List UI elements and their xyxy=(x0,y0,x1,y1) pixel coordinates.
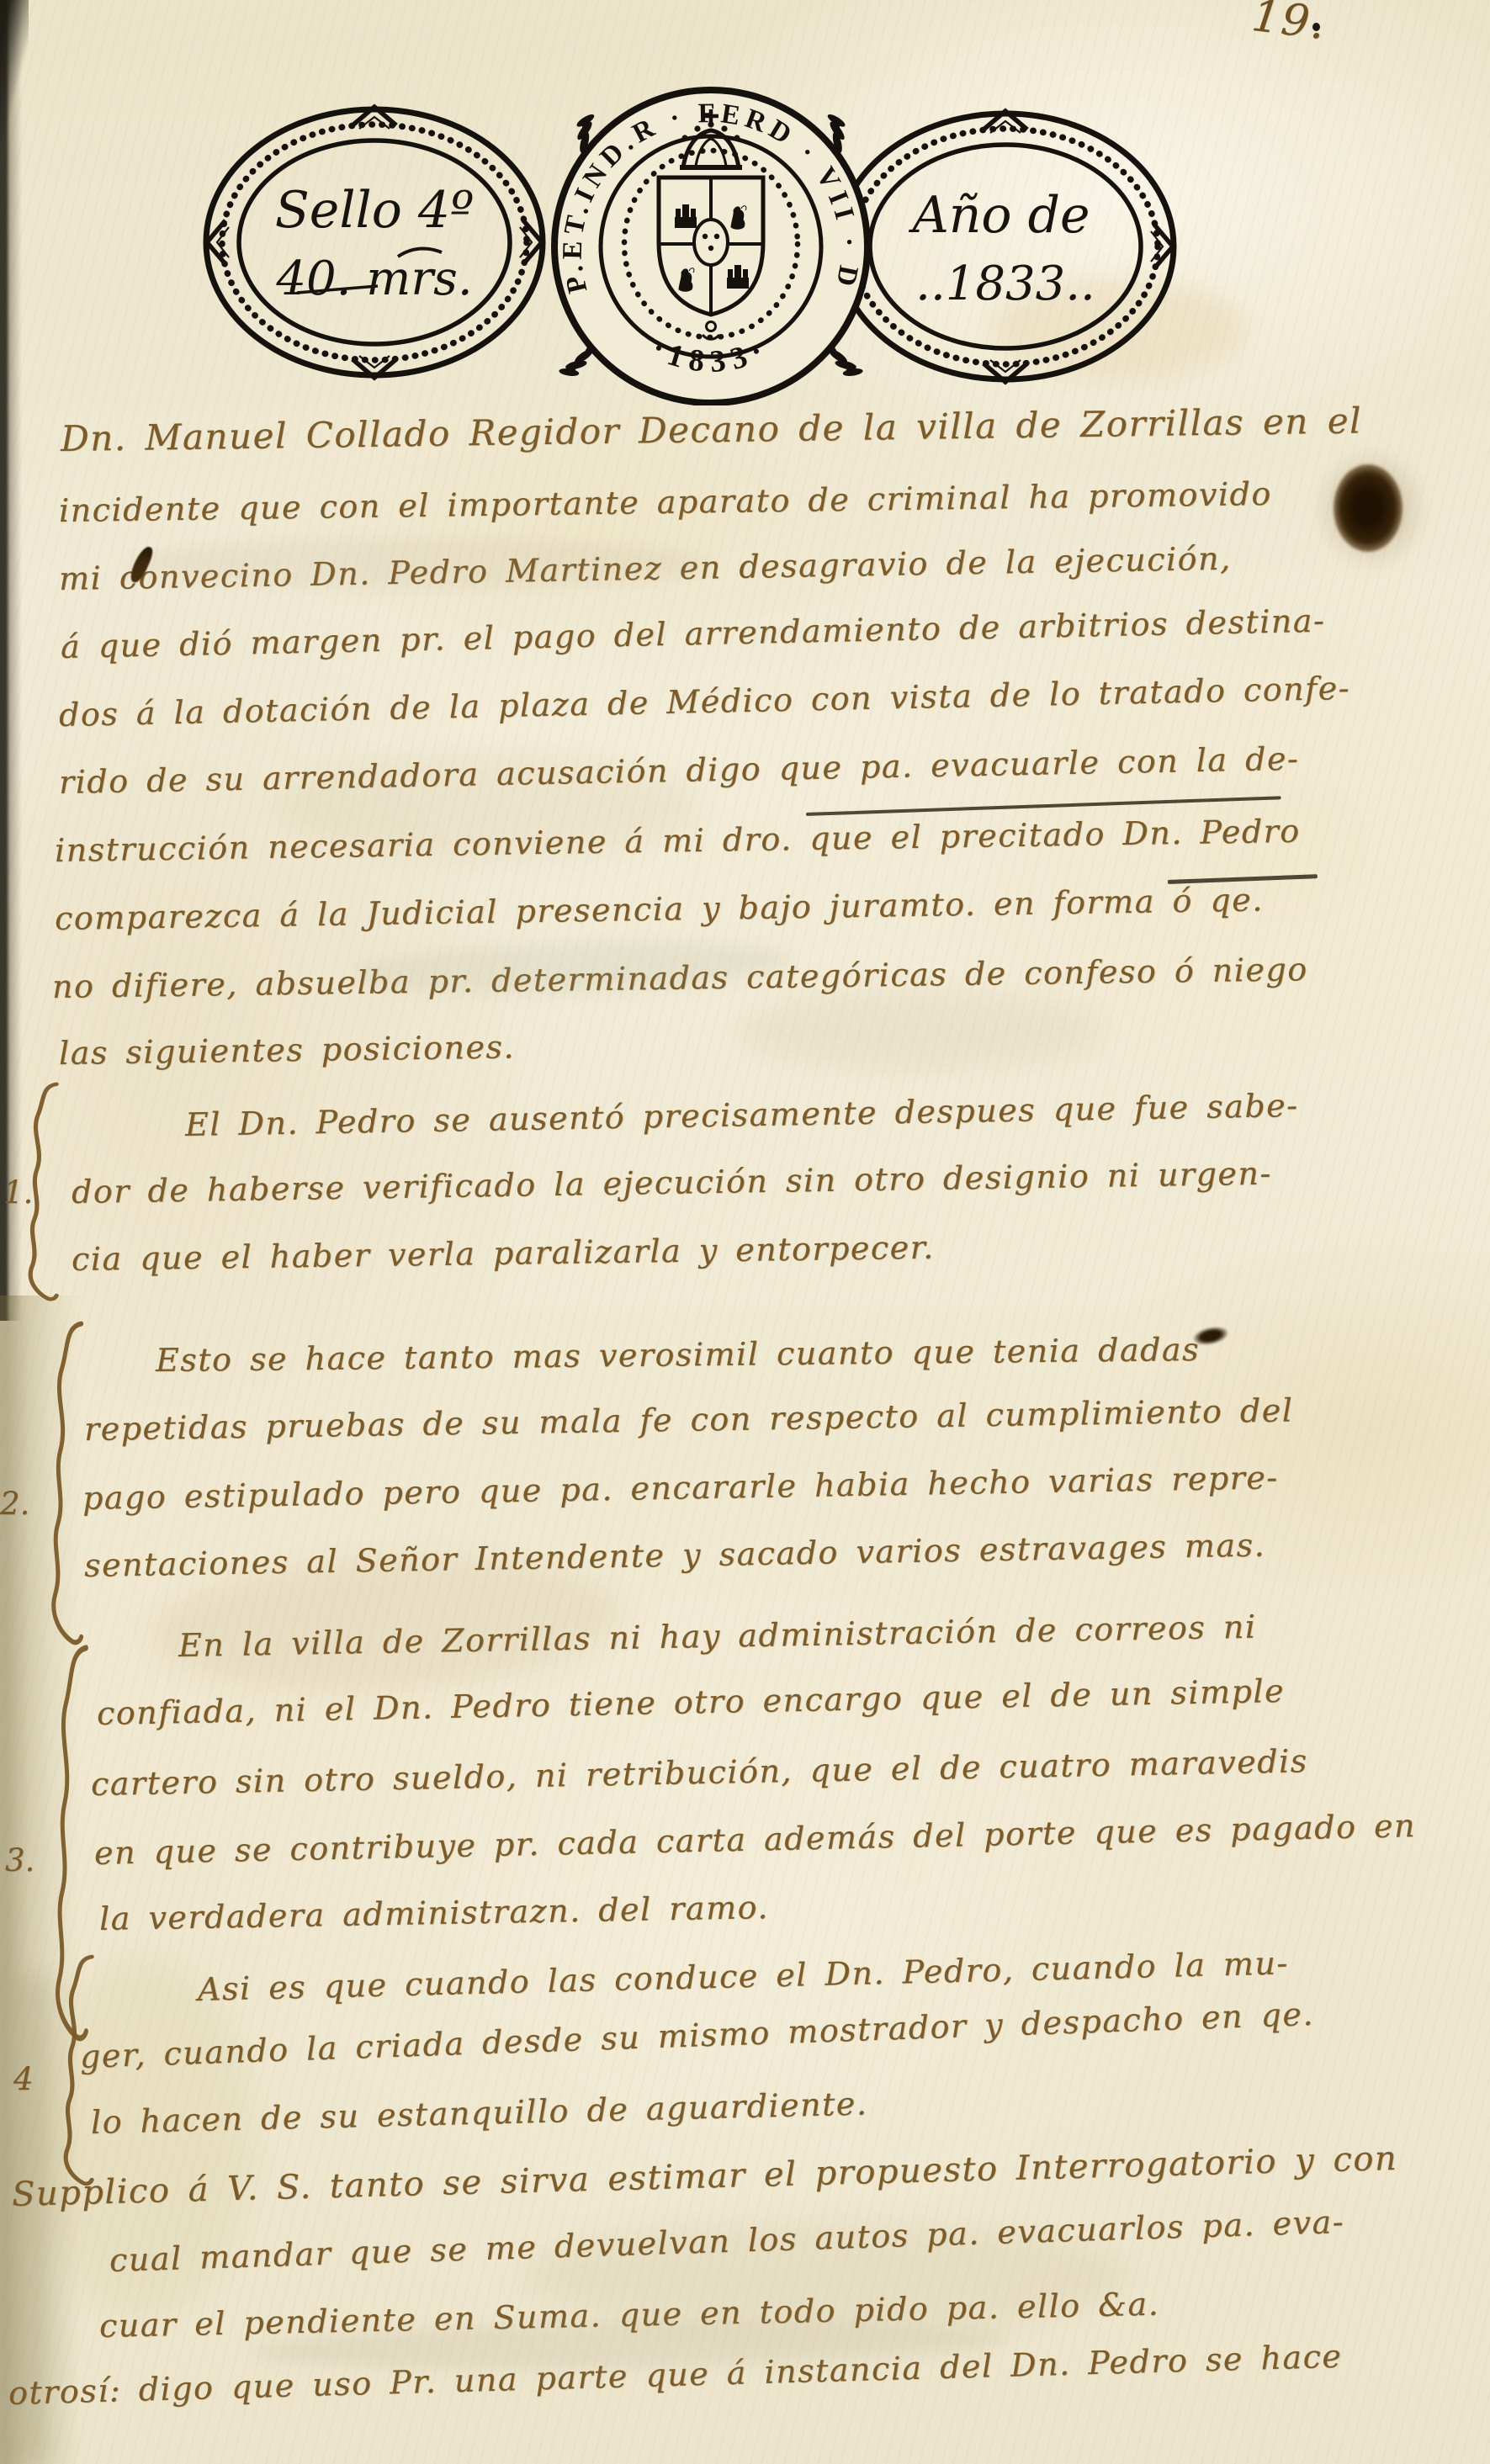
stamp-mrs-text: 40. mrs. xyxy=(275,252,472,306)
section-brace-4 xyxy=(44,1953,99,2193)
manuscript-line: El Dn. Pedro se ausentó precisamente des… xyxy=(185,1086,1299,1146)
ink-dot xyxy=(1312,23,1320,31)
manuscript-line: Dn. Manuel Collado Regidor Decano de la … xyxy=(61,399,1363,461)
manuscript-line: Esto se hace tanto mas verosimil cuanto … xyxy=(156,1330,1200,1380)
section-brace-2 xyxy=(30,1319,89,1656)
manuscript-line: comparezca á la Judicial presencia y baj… xyxy=(55,880,1264,939)
manuscript-line: á que dió margen pr. el pago del arrenda… xyxy=(61,601,1326,668)
stamp-ano-text: Año de xyxy=(908,186,1090,245)
manuscript-line: la verdadera administrazn. del ramo. xyxy=(99,1888,770,1939)
manuscript-page: 19. xyxy=(0,0,1490,2464)
stamp-sello-text: Sello 4º xyxy=(275,181,475,240)
section-number-2: 2. xyxy=(0,1486,29,1522)
manuscript-line: cia que el haber verla paralizarla y ent… xyxy=(72,1228,935,1280)
section-number-4: 4 xyxy=(13,2061,34,2097)
section-brace-1 xyxy=(8,1081,64,1308)
manuscript-line: cartero sin otro sueldo, ni retribución,… xyxy=(91,1741,1309,1804)
manuscript-line: no difiere, absuelba pr. determinadas ca… xyxy=(52,950,1308,1007)
manuscript-line: confiada, ni el Dn. Pedro tiene otro enc… xyxy=(97,1672,1286,1735)
manuscript-line: sentaciones al Señor Intendente y sacado… xyxy=(84,1525,1266,1586)
manuscript-line: otrosí: digo que uso Pr. una parte que á… xyxy=(8,2337,1343,2414)
manuscript-line: Supplico á V. S. tanto se sirva estimar … xyxy=(11,2138,1397,2216)
manuscript-line: mi convecino Dn. Pedro Martinez en desag… xyxy=(59,539,1232,600)
ink-blot xyxy=(1334,464,1403,552)
stamp-left-medallion: Sello 4º 40. mrs. xyxy=(206,107,543,378)
binding-corner-shadow xyxy=(0,0,29,143)
manuscript-line: cual mandar que se me devuelvan los auto… xyxy=(109,2202,1344,2281)
manuscript-line: repetidas pruebas de su mala fe con resp… xyxy=(84,1391,1294,1449)
bourbon-inescutcheon xyxy=(694,220,728,265)
section-number-3: 3. xyxy=(5,1842,34,1878)
revenue-stamp: Sello 4º 40. mrs. Año de ..1833.. xyxy=(198,49,1182,405)
manuscript-line: cuar el pendiente en Suma. que en todo p… xyxy=(99,2285,1160,2347)
manuscript-line: las siguientes posiciones. xyxy=(59,1027,516,1073)
manuscript-line: incidente que con el importante aparato … xyxy=(59,474,1272,532)
manuscript-line: lo hacen de su estanquillo de aguardient… xyxy=(90,2084,867,2143)
stamp-year-text: ..1833.. xyxy=(915,257,1095,311)
manuscript-line: En la villa de Zorrillas ni hay administ… xyxy=(178,1608,1257,1667)
manuscript-line: dos á la dotación de la plaza de Médico … xyxy=(59,669,1351,736)
paper-stain xyxy=(740,993,1102,1068)
manuscript-line: dor de haberse verificado la ejecución s… xyxy=(72,1154,1272,1213)
stamp-right-medallion: Año de ..1833.. xyxy=(837,111,1174,382)
manuscript-line: rido de su arrendadora acusación digo qu… xyxy=(59,739,1300,803)
manuscript-line: instrucción necesaria conviene á mi dro.… xyxy=(55,812,1301,872)
manuscript-line: pago estipulado pero que pa. encararle h… xyxy=(82,1458,1279,1518)
manuscript-line: en que se contribuye pr. cada carta adem… xyxy=(94,1806,1417,1873)
